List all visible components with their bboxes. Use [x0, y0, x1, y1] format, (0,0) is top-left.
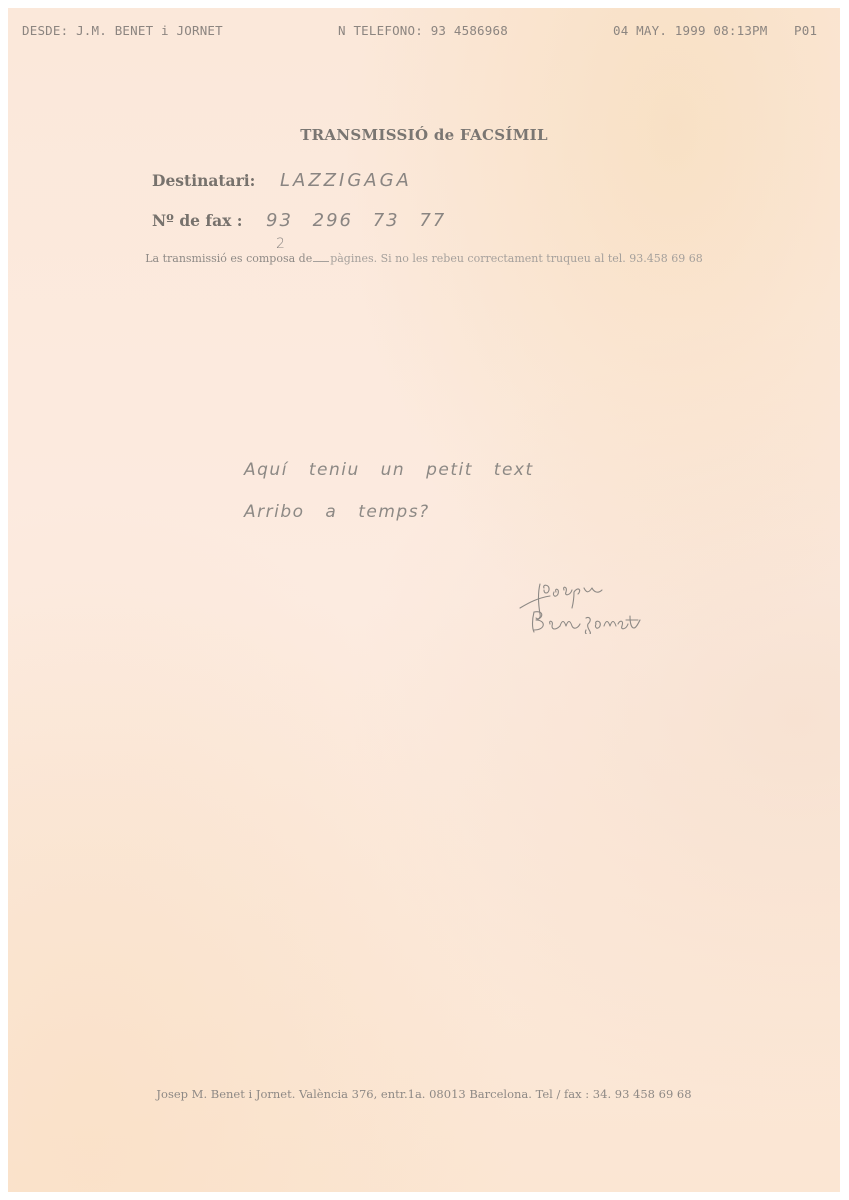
form-title: TRANSMISSIÓ de FACSÍMIL	[8, 126, 840, 144]
fax-page: DESDE: J.M. BENET i JORNET N TELEFONO: 9…	[8, 8, 840, 1192]
page-number: P01	[794, 23, 817, 38]
signature-scribble-icon	[516, 578, 666, 634]
fax-transmission-header: DESDE: J.M. BENET i JORNET N TELEFONO: 9…	[8, 23, 840, 43]
page-count-value: 2	[276, 236, 285, 252]
recipient-value: LAZZIGAGA	[280, 170, 412, 191]
letterhead-footer: Josep M. Benet i Jornet. València 376, e…	[8, 1087, 840, 1101]
handwritten-note-line-1: Aquí teniu un petit text	[244, 460, 534, 480]
transmission-suffix: pàgines. Si no les rebeu correctament tr…	[330, 252, 703, 265]
fax-number-label: Nº de fax :	[152, 211, 242, 230]
sender-phone: N TELEFONO: 93 4586968	[338, 23, 508, 38]
signature	[516, 578, 666, 634]
fax-number-value: 93 296 73 77	[266, 210, 446, 231]
page-count-blank	[313, 252, 329, 262]
transmission-notice: La transmissió es composa depàgines. Si …	[8, 252, 840, 265]
sender-info: DESDE: J.M. BENET i JORNET	[22, 23, 223, 38]
handwritten-note-line-2: Arribo a temps?	[244, 502, 430, 522]
transmission-datetime: 04 MAY. 1999 08:13PM	[613, 23, 768, 38]
recipient-label: Destinatari:	[152, 171, 255, 190]
transmission-prefix: La transmissió es composa de	[145, 252, 312, 265]
